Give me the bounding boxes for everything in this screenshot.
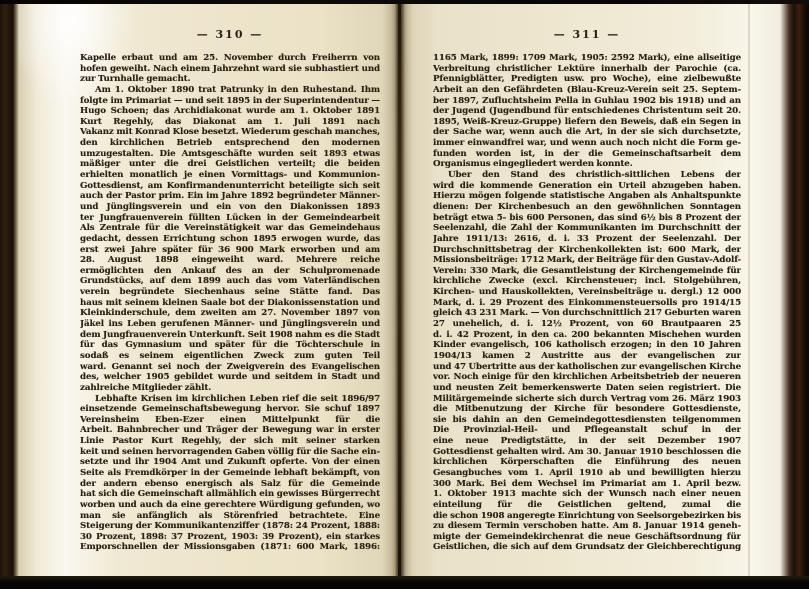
text-line: Arbeit an den Gefährdeten (Blau-Kreuz-Ve… — [433, 85, 741, 96]
text-line: dem Jungfrauenverein Unterkunft. Seit 19… — [80, 330, 380, 341]
text-line: Über den Stand des christlich-sittlichen… — [433, 170, 741, 181]
text-line: vor. Noch einige für den kirchlichen Arb… — [433, 372, 741, 383]
text-line: sodaß es seinem eigentlichen Zweck zum g… — [80, 351, 380, 362]
text-line: Gottesdienst gehalten wird. Am 30. Janua… — [433, 447, 741, 458]
text-line: Verbreitung christlicher Lektüre innerha… — [433, 64, 741, 75]
text-line: Arbeit. Bahnbrecher und Träger der Beweg… — [80, 425, 380, 436]
text-line: erst zwei Jahre später für 36 900 Mark e… — [80, 245, 380, 256]
text-line: setzte und ihr 1904 Amt und Zukunft opfe… — [80, 457, 380, 468]
text-line: und Jünglingsverein und ein von den Diak… — [80, 202, 380, 213]
text-line: Kapelle erbaut und am 25. November durch… — [80, 53, 380, 64]
text-line: ber 1897, Zufluchtsheim Pella in Guhlau … — [433, 96, 741, 107]
text-line: Kurt Regehly, das Diakonat am 1. Juli 18… — [80, 117, 380, 128]
text-line: 1895, Weiß-Kreuz-Gruppe) liefern den Bew… — [433, 117, 741, 128]
page-edge-crease — [748, 0, 750, 589]
text-line: verein begründete Siechenhaus seine Stät… — [80, 287, 380, 298]
text-line: Militärgemeinde sicherte sich durch Vert… — [433, 394, 741, 405]
text-line: und neusten Zeit bemerkenswerte Daten se… — [433, 383, 741, 394]
text-line: funden worden ist, in der die Gemeinscha… — [433, 149, 741, 160]
text-line: Steigerung der Kommunikantenziffer (1878… — [80, 521, 380, 532]
text-line: migte der Gemeindekirchenrat die neue Ge… — [433, 532, 741, 543]
text-line: Gottesdienst, am Konfirmandenunterricht … — [80, 181, 380, 192]
text-line: Jäkel ins Leben gerufenen Männer- und Jü… — [80, 319, 380, 330]
paragraph: Über den Stand des christlich-sittlichen… — [433, 170, 741, 553]
text-line: Die Provinzial-Heil- und Pflegeanstalt s… — [433, 425, 741, 436]
text-line: einteilung für die Geistlichen geltend, … — [433, 500, 741, 511]
text-line: Jahre 1911/13: 2616, d. i. 33 Prozent de… — [433, 234, 741, 245]
text-line: Kinder evangelisch, 106 katholisch erzog… — [433, 340, 741, 351]
text-line: Mark, d. i. 29 Prozent des Einkommensteu… — [433, 298, 741, 309]
text-line: Hierzu mögen folgende statistische Angab… — [433, 191, 741, 202]
text-line: den kirchlichen Betrieb entsprechend den… — [80, 138, 380, 149]
text-line: des, welcher 1905 gebildet wurde und sei… — [80, 372, 380, 383]
text-line: 30 Prozent, 1898: 37 Prozent, 1903: 39 P… — [80, 532, 380, 543]
text-line: Gesangbuches vom 1. April 1910 ab und be… — [433, 468, 741, 479]
text-line: zu diesem Termin verschoben hatte. Am 8.… — [433, 521, 741, 532]
text-line: 27 unehelich, d. i. 12½ Prozent, von 60 … — [433, 319, 741, 330]
text-line: dienen: Der Kirchenbesuch an den gewöhnl… — [433, 202, 741, 213]
book-gutter — [398, 2, 401, 587]
text-line: immer einwandfrei war, und wenn auch noc… — [433, 138, 741, 149]
paragraph: Lebhafte Krisen im kirchlichen Leben rie… — [80, 394, 380, 554]
page-right: — 311 — 1165 Mark, 1899: 1709 Mark, 1905… — [433, 0, 741, 589]
text-line: Lebhafte Krisen im kirchlichen Leben rie… — [80, 394, 380, 405]
text-line: Pfennigblätter, Predigten usw. pro Woche… — [433, 74, 741, 85]
text-line: ward. Genannt sei noch der Zweigverein d… — [80, 362, 380, 373]
text-line: auch der Pastor prim. Ein im Jahre 1892 … — [80, 191, 380, 202]
text-line: eine neue Predigtstätte, in der seit Dez… — [433, 436, 741, 447]
text-line: Kleinkinderschule, dem zweiten am 27. No… — [80, 308, 380, 319]
text-line: Verein: 330 Mark, die Gesamtleistung der… — [433, 266, 741, 277]
text-line: 300 Mark. Bei dem Wechsel im Primariat a… — [433, 479, 741, 490]
page-text-right: 1165 Mark, 1899: 1709 Mark, 1905: 2592 M… — [433, 53, 741, 553]
text-line: der Jugend (Jugendbund für entschiedenes… — [433, 106, 741, 117]
text-line: Emporschnellen der Missionsgaben (1871: … — [80, 542, 380, 553]
text-line: kirchlichen Körperschaften die Einführun… — [433, 457, 741, 468]
text-line: zur Turnhalle gemacht. — [80, 74, 380, 85]
text-line: Als Zentrale für die Vereinstätigkeit wa… — [80, 223, 380, 234]
text-line: der Sache war, wenn auch die Art, in der… — [433, 127, 741, 138]
text-line: Seelenzahl, die Zahl der Kommunikanten i… — [433, 223, 741, 234]
text-line: Organismus eingegliedert werden konnte. — [433, 159, 741, 170]
text-line: umzugestalten. Die Amtsgeschäfte wurden … — [80, 149, 380, 160]
text-line: keit und seinen hervorragenden Gaben völ… — [80, 447, 380, 458]
text-line: zahlreiche Mitglieder zählt. — [80, 383, 380, 394]
text-line: man sie anfänglich als Störenfried betra… — [80, 511, 380, 522]
text-line: Geistlichen, die sich auf dem Grundsatz … — [433, 542, 741, 553]
text-line: gleich 43 231 Mark. — Von durchschnittli… — [433, 308, 741, 319]
text-line: wird die kommende Generation ein Urteil … — [433, 181, 741, 192]
text-line: der andern ebenso energisch als Salz für… — [80, 479, 380, 490]
text-line: Durchschnittsbetrag der Kirchenkollekten… — [433, 245, 741, 256]
text-line: für das Gymnasium und später für die Töc… — [80, 340, 380, 351]
text-line: Am 1. Oktober 1890 trat Patrunky in den … — [80, 85, 380, 96]
text-line: Seite als Fremdkörper in der Gemeinde le… — [80, 468, 380, 479]
page-number-left: — 310 — — [80, 28, 380, 41]
text-line: hat sich die Gemeinschaft allmählich ein… — [80, 489, 380, 500]
text-line: Linie Pastor Kurt Regehly, der sich mit … — [80, 436, 380, 447]
text-line: mäßiger unter die drei Geistlichen verte… — [80, 159, 380, 170]
text-line: beträgt etwa 5- bis 600 Personen, das si… — [433, 213, 741, 224]
text-line: Vereinsheim Eben-Ezer einen Mittelpunkt … — [80, 415, 380, 426]
text-line: 28. August 1898 eingeweiht ward. Mehrere… — [80, 255, 380, 266]
text-line: worben und auch da eine gerechtere Würdi… — [80, 500, 380, 511]
page-number-right: — 311 — — [433, 28, 741, 41]
text-line: d. i. 42 Prozent, in den ca. 200 bekannt… — [433, 330, 741, 341]
text-line: erhielten monatlich je einen Vormittags-… — [80, 170, 380, 181]
text-line: und 47 Übertritte aus der katholischen z… — [433, 362, 741, 373]
paragraph: 1165 Mark, 1899: 1709 Mark, 1905: 2592 M… — [433, 53, 741, 170]
page-left: — 310 — Kapelle erbaut und am 25. Novemb… — [80, 0, 380, 589]
text-line: 1904/13 kamen 2 Austritte aus der evange… — [433, 351, 741, 362]
text-line: 1165 Mark, 1899: 1709 Mark, 1905: 2592 M… — [433, 53, 741, 64]
text-line: die schon 1908 angeregte Einrichtung von… — [433, 511, 741, 522]
paragraph: Kapelle erbaut und am 25. November durch… — [80, 53, 380, 85]
text-line: Vakanz mit Konrad Klose besetzt. Wiederu… — [80, 127, 380, 138]
text-line: Hugo Schoen; das Archidiakonat wurde am … — [80, 106, 380, 117]
text-line: Grundstücks, auf dem 1899 auch das vom V… — [80, 276, 380, 287]
text-line: folgte im Primariat — und seit 1895 in d… — [80, 96, 380, 107]
text-line: sie bis dahin an den Gemeindegottesdiens… — [433, 415, 741, 426]
text-line: kirchliche Zwecke (excl. Kirchensteuer; … — [433, 276, 741, 287]
text-line: einsetzende Gemeinschaftsbewegung hervor… — [80, 404, 380, 415]
text-line: ter Jungfrauenverein füllten Lücken in d… — [80, 213, 380, 224]
paragraph: Am 1. Oktober 1890 trat Patrunky in den … — [80, 85, 380, 394]
text-line: Kirchen- und Hauskollekten, Vereinsbeitr… — [433, 287, 741, 298]
text-line: Missionsbeiträge: 1712 Mark, der Beiträg… — [433, 255, 741, 266]
text-line: 1. Oktober 1913 machte sich der Wunsch n… — [433, 489, 741, 500]
text-line: ermöglichten den Ankauf des an der Schul… — [80, 266, 380, 277]
text-line: haus mit seinem kleinen Saale bot der Di… — [80, 298, 380, 309]
text-line: gedacht, dessen Errichtung schon 1895 er… — [80, 234, 380, 245]
text-line: hofen geweiht. Nach einem Jahrzehnt ward… — [80, 64, 380, 75]
page-text-left: Kapelle erbaut und am 25. November durch… — [80, 53, 380, 553]
text-line: die Mitbenutzung der Kirche für besonder… — [433, 404, 741, 415]
